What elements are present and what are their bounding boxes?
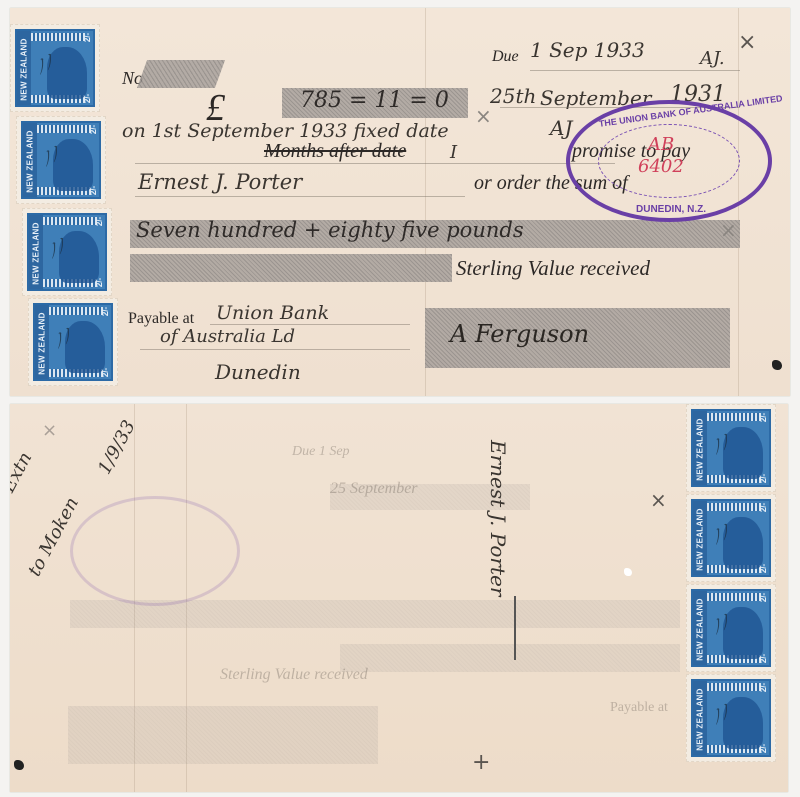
term-initials: AJ [550,116,572,140]
stamp-value: 2/- [759,413,768,422]
payee-name: Ernest J. Porter [138,170,302,194]
stamp-country: NEW ZEALAND [696,418,705,480]
stamp-value: 2/- [759,474,768,483]
stamp-country: NEW ZEALAND [696,508,705,570]
ghost-bank-stamp [70,496,240,606]
cross-mark-icon: × [738,30,756,55]
red-ink-number: 6402 [638,156,684,177]
postage-stamp: NEW ZEALAND 2/- 2/- ﾉﾉ [686,584,776,672]
postage-stamp: NEW ZEALAND 2/- 2/- ﾉﾉ [16,116,106,204]
ghost-shaded-box [340,644,680,672]
endorsement-underline [514,596,516,660]
sterling-value-received-text: Sterling Value received [456,256,650,281]
term-rule [135,163,615,164]
stamp-country: NEW ZEALAND [26,130,35,192]
payable-at-bank-line2: of Australia Ld [160,326,295,347]
cross-mark-icon: × [475,104,492,128]
drawer-signature: A Ferguson [450,320,589,348]
stamp-value: 2/- [759,683,768,692]
stamp-country: NEW ZEALAND [696,598,705,660]
bank-stamp-city: DUNEDIN, N.Z. [636,204,706,215]
ghost-due-text: Due 1 Sep [292,444,350,460]
cross-mark-icon: × [42,420,57,441]
date-day: 25th [490,84,536,108]
postage-stamp: NEW ZEALAND 2/- 2/- ﾉﾉ [686,494,776,582]
cross-mark-icon: × [720,218,737,242]
stamp-value: 2/- [759,503,768,512]
payable-rule [210,324,410,325]
ghost-date-text: 25 September [330,480,418,498]
stamp-country: NEW ZEALAND [38,312,47,374]
number-shaded-box [137,60,225,88]
amount-figures: 785 = 11 = 0 [300,88,449,113]
stamp-value: 2/- [95,278,104,287]
due-initials: AJ. [700,48,725,69]
payee-endorsement: Ernest J. Porter [486,440,510,596]
stamp-value: 2/- [759,593,768,602]
bill-front: NEW ZEALAND 2/- 2/- ﾉﾉ NEW ZEALAND 2/- 2… [10,8,790,396]
cross-mark-icon: × [650,488,667,512]
stamp-country: NEW ZEALAND [32,222,41,284]
paper-tear [624,568,632,576]
months-after-date-text: Months after date [264,140,406,163]
stamp-country: NEW ZEALAND [696,688,705,750]
payable-rule [140,349,410,350]
stamp-value: 2/- [101,307,110,316]
stamp-value: 2/- [759,564,768,573]
punch-hole [772,360,782,370]
ghost-shaded-box [68,706,378,764]
bill-back: Due 1 Sep 25 September Sterling Value re… [10,404,788,792]
stamp-country: NEW ZEALAND [20,38,29,100]
amount-words: Seven hundred + eighty five pounds [136,218,524,242]
stamp-value: 2/- [101,368,110,377]
due-rule [530,70,740,71]
term-handwritten: on 1st September 1933 fixed date [122,120,449,142]
postage-stamp: NEW ZEALAND 2/- 2/- ﾉﾉ [22,208,112,296]
stamp-value: 2/- [83,94,92,103]
ghost-sterling-text: Sterling Value received [220,666,368,684]
postage-stamp: NEW ZEALAND 2/- 2/- ﾉﾉ [28,298,118,386]
punch-hole [14,760,24,770]
postage-stamp: NEW ZEALAND 2/- 2/- ﾉﾉ [10,24,100,112]
extension-annotation: Extn [10,449,36,496]
blank-shaded-box [130,254,452,282]
stamp-value: 2/- [95,217,104,226]
promisor-i: I [450,142,457,163]
due-label: Due [492,48,519,66]
stamp-value: 2/- [759,744,768,753]
stamp-value: 2/- [89,125,98,134]
payable-at-city: Dunedin [215,360,301,384]
stamp-value: 2/- [89,186,98,195]
cross-mark-icon: + [472,750,490,775]
payable-at-bank: Union Bank [216,302,329,324]
payee-rule [135,196,465,197]
postage-stamp: NEW ZEALAND 2/- 2/- ﾉﾉ [686,404,776,492]
due-date-value: 1 Sep 1933 [530,38,645,62]
postage-stamp: NEW ZEALAND 2/- 2/- ﾉﾉ [686,674,776,762]
stamp-value: 2/- [83,33,92,42]
stamp-value: 2/- [759,654,768,663]
ghost-payable-text: Payable at [610,700,668,716]
extension-date: 1/9/33 [94,417,140,478]
red-ink-mark: AB [648,134,674,155]
